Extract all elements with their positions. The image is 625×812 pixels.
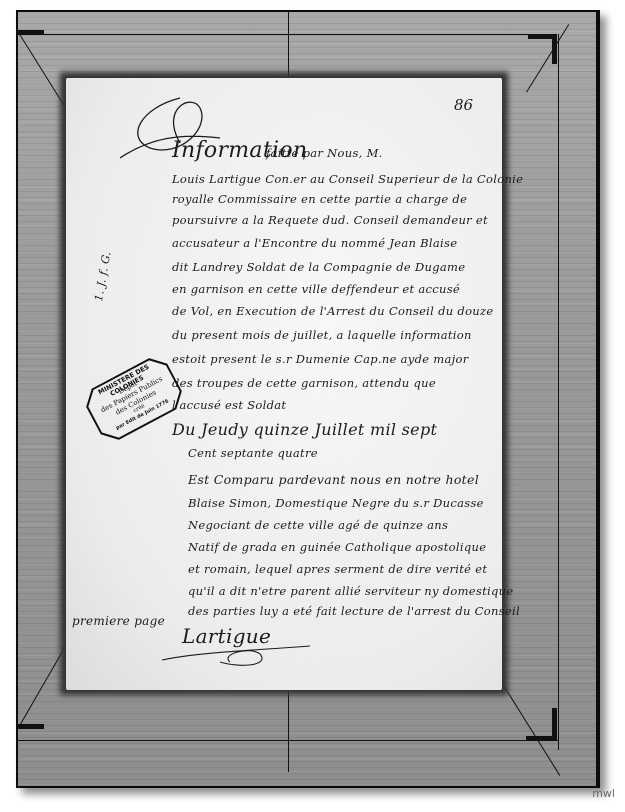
board-bottom-line — [18, 740, 558, 741]
margin-note: premiere page — [72, 614, 165, 628]
testimony-line: et romain, lequel apres serment de dire … — [188, 562, 487, 576]
corner-mark-bl — [18, 724, 44, 729]
text-line: estoit present le s.r Dumenie Cap.ne ayd… — [172, 352, 469, 366]
corner-mark-br-v — [552, 708, 557, 740]
text-line: l'accusé est Soldat — [172, 398, 286, 412]
page-number: 86 — [454, 96, 473, 114]
text-line: des troupes de cette garnison, attendu q… — [172, 376, 436, 390]
text-line: accusateur a l'Encontre du nommé Jean Bl… — [172, 236, 457, 250]
testimony-line: Blaise Simon, Domestique Negre du s.r Du… — [188, 496, 484, 510]
date-line: Cent septante quatre — [188, 446, 318, 460]
testimony-line: qu'il a dit n'etre parent allié serviteu… — [188, 584, 513, 598]
text-line: Louis Lartigue Con.er au Conseil Superie… — [172, 172, 523, 186]
board-diag-tl — [19, 34, 65, 107]
text-line: poursuivre a la Requete dud. Conseil dem… — [172, 213, 488, 227]
testimony-line: Natif de grada en guinée Catholique apos… — [188, 540, 486, 554]
text-line: dit Landrey Soldat de la Compagnie de Du… — [172, 260, 465, 274]
board-right-line — [558, 34, 559, 750]
signature-flourish-icon — [160, 640, 320, 670]
board-top-line — [18, 34, 548, 35]
text-line: de Vol, en Execution de l'Arrest du Cons… — [172, 304, 493, 318]
corner-mark-tl — [18, 30, 44, 35]
date-heading: Du Jeudy quinze Juillet mil sept — [172, 420, 437, 439]
testimony-line: Negociant de cette ville agé de quinze a… — [188, 518, 448, 532]
testimony-line: des parties luy a eté fait lecture de l'… — [188, 604, 520, 618]
text-line: royalle Commissaire en cette partie a ch… — [172, 192, 467, 206]
watermark: mwl — [592, 787, 615, 800]
text-line: du present mois de juillet, a laquelle i… — [172, 328, 472, 342]
corner-mark-tr-v — [552, 34, 557, 64]
text-line: faitte par Nous, M. — [266, 146, 383, 160]
text-line: en garnison en cette ville deffendeur et… — [172, 282, 460, 296]
testimony-line: Est Comparu pardevant nous en notre hote… — [188, 472, 479, 487]
